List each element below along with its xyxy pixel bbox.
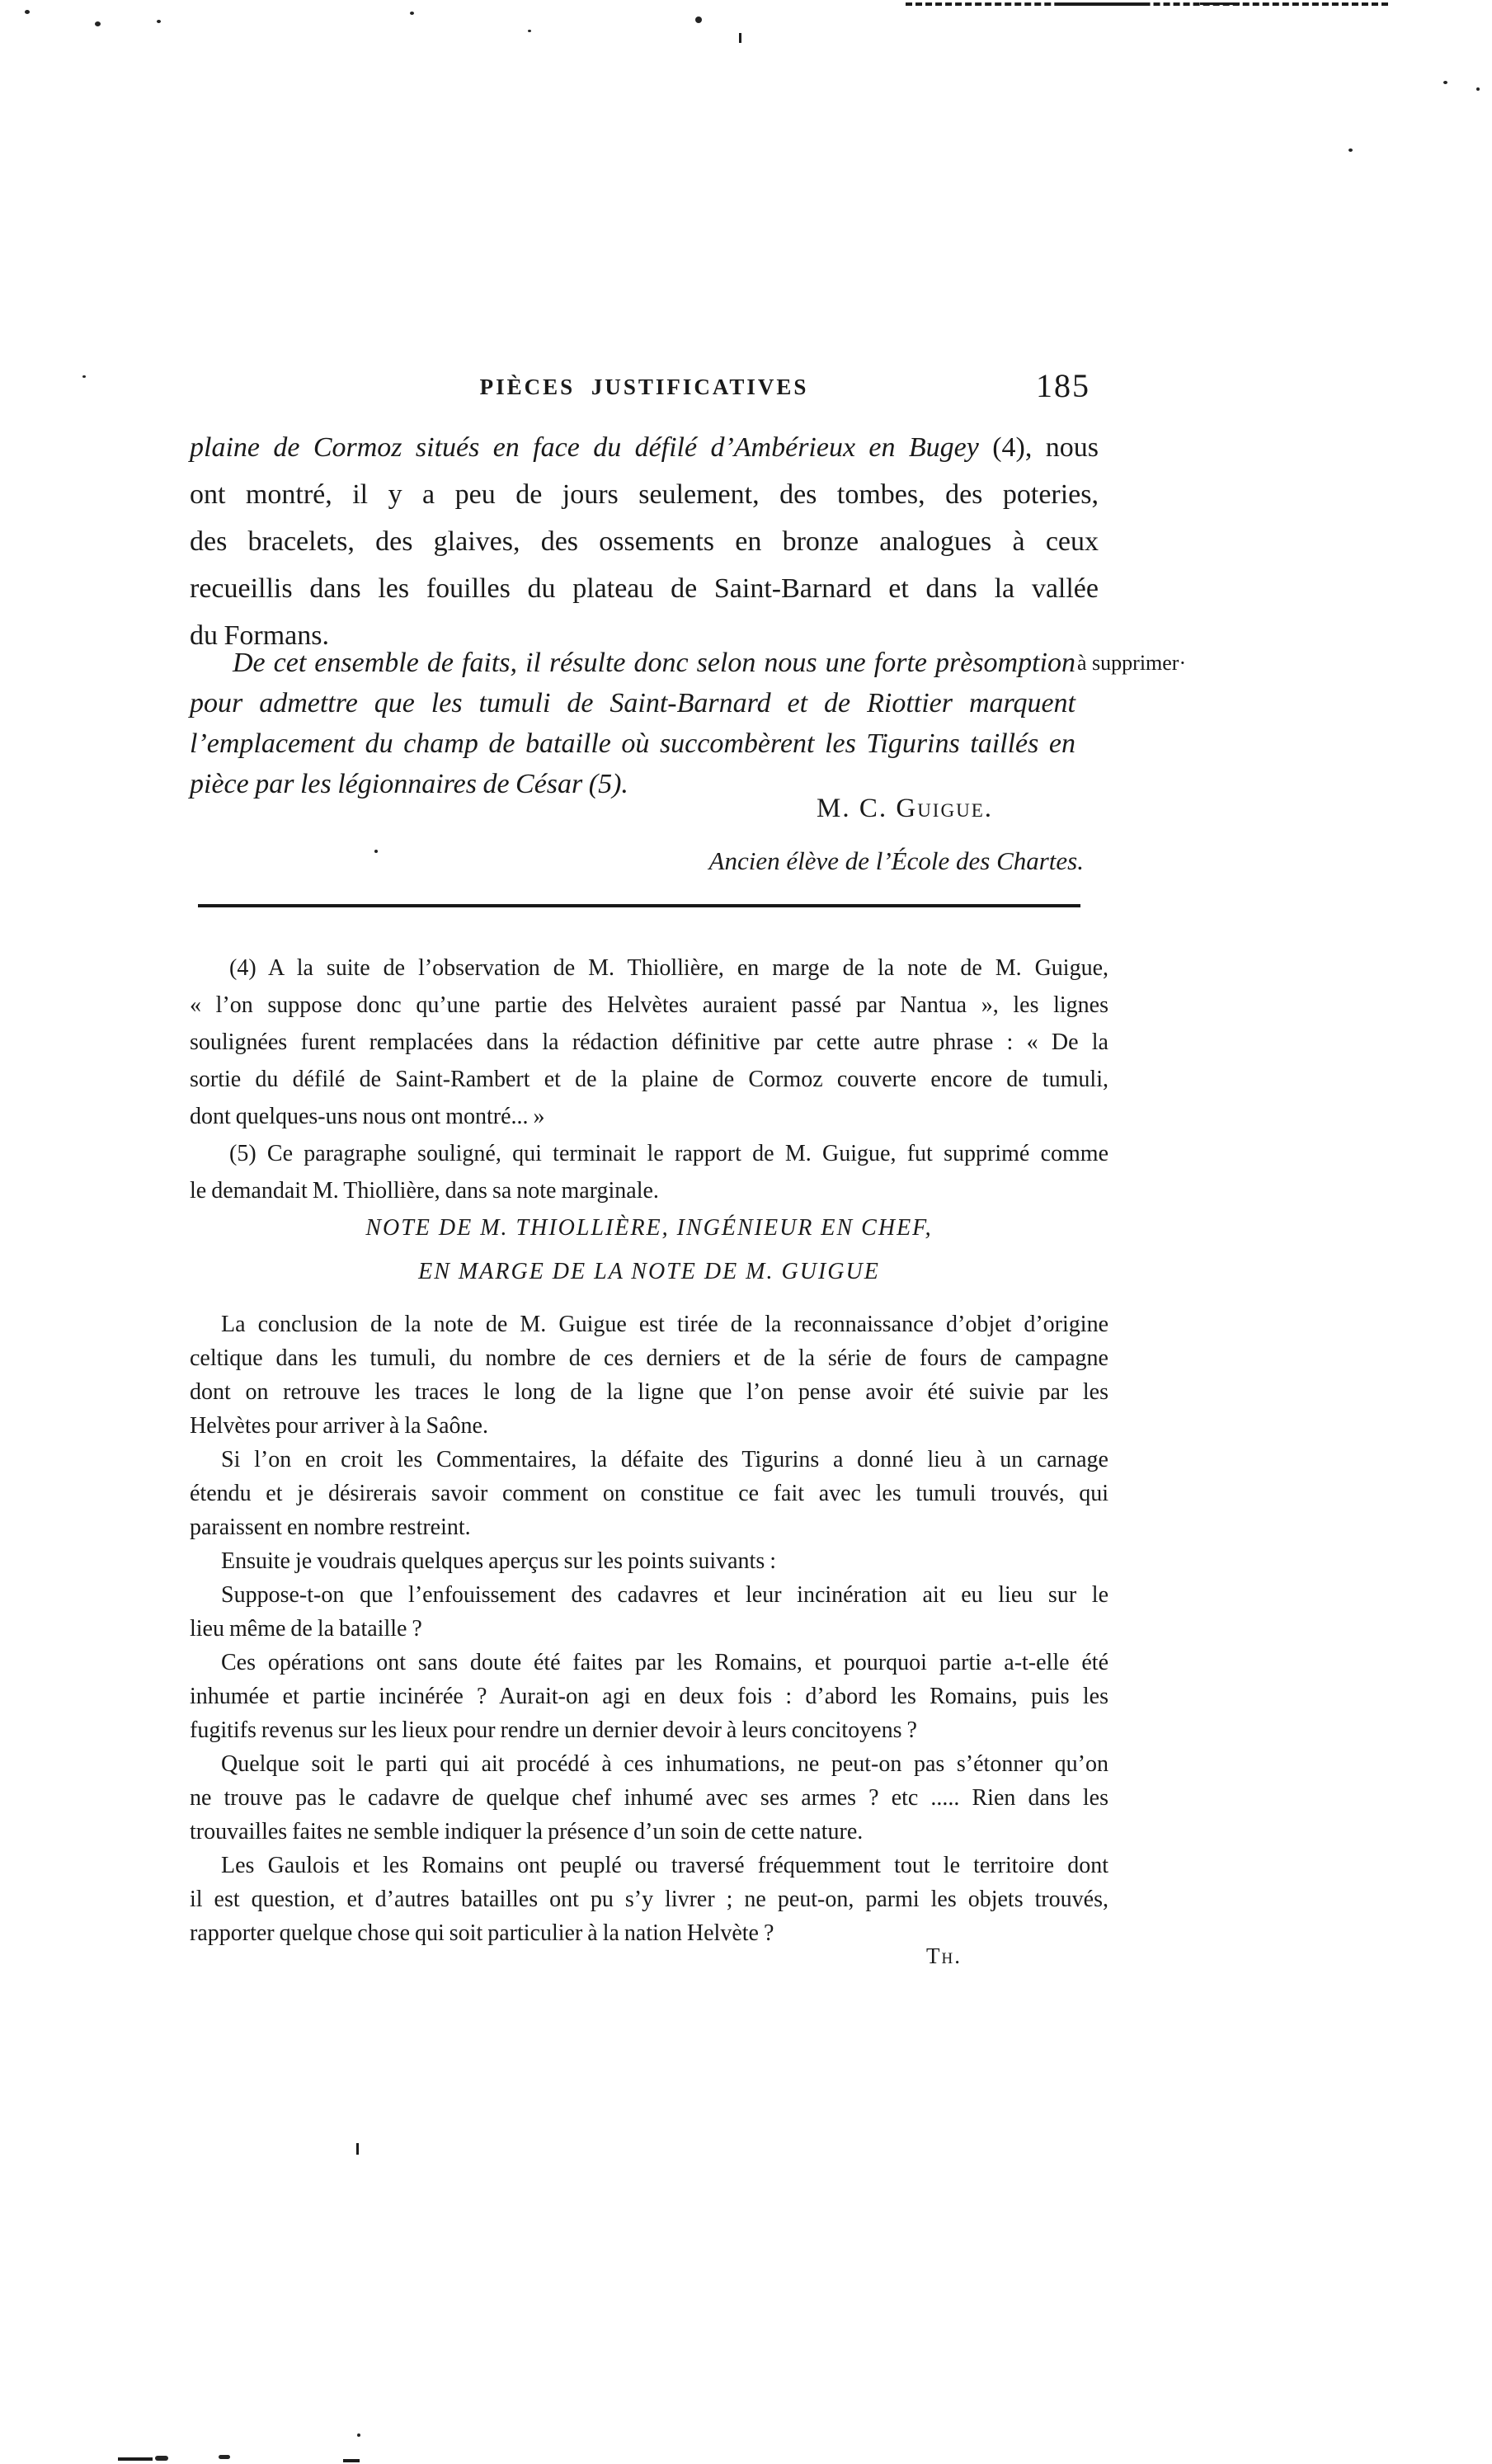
- text-line: (5) Ce paragraphe souligné, qui terminai…: [190, 1135, 1108, 1172]
- paragraph-1-rest: ont montré, il y a peu de jours seulemen…: [190, 471, 1099, 659]
- scan-speck: [25, 10, 30, 14]
- note-body: La conclusion de la note de M. Guigue es…: [190, 1307, 1108, 1950]
- paragraph: Suppose-t-on que l’enfouissement des cad…: [190, 1578, 1108, 1646]
- scan-speck: [1476, 87, 1480, 91]
- text-line: il est question, et d’autres batailles o…: [190, 1882, 1108, 1916]
- text-line: (4) A la suite de l’observation de M. Th…: [190, 949, 1108, 987]
- text-line: Les Gaulois et les Romains ont peuplé ou…: [190, 1849, 1108, 1882]
- text-line: sortie du défilé de Saint-Rambert et de …: [190, 1061, 1108, 1098]
- note-signature: Th.: [190, 1943, 1108, 1969]
- text-line: inhumée et partie incinérée ? Aurait-on …: [190, 1680, 1108, 1713]
- paragraph: Ensuite je voudrais quelques aperçus sur…: [190, 1544, 1108, 1578]
- text-line: Helvètes pour arriver à la Saône.: [190, 1409, 1108, 1443]
- text-line: De cet ensemble de faits, il résulte don…: [190, 643, 1075, 683]
- text-line: celtique dans les tumuli, du nombre de c…: [190, 1341, 1108, 1375]
- scan-speck: [1348, 148, 1353, 152]
- note-heading-line-1: NOTE DE M. THIOLLIÈRE, INGÉNIEUR EN CHEF…: [190, 1206, 1108, 1250]
- scan-line-segment: [1060, 2, 1146, 6]
- paragraph: (4) A la suite de l’observation de M. Th…: [190, 949, 1108, 1135]
- scan-speck: [739, 33, 741, 43]
- text-line: fugitifs revenus sur les lieux pour rend…: [190, 1713, 1108, 1747]
- paragraph: (5) Ce paragraphe souligné, qui terminai…: [190, 1135, 1108, 1209]
- note-heading-line-2: EN MARGE DE LA NOTE DE M. GUIGUE: [190, 1250, 1108, 1293]
- scan-speck: [410, 12, 414, 15]
- text-line: dont quelques-uns nous ont montré... »: [190, 1098, 1108, 1135]
- paragraph: De cet ensemble de faits, il résulte don…: [190, 643, 1075, 804]
- text-line: trouvailles faites ne semble indiquer la…: [190, 1815, 1108, 1849]
- main-paragraph-2: De cet ensemble de faits, il résulte don…: [190, 643, 1075, 804]
- text-line: ont montré, il y a peu de jours seulemen…: [190, 471, 1099, 518]
- footnote-separator-rule: [198, 904, 1080, 907]
- scan-speck: [528, 30, 531, 32]
- text-line: le demandait M. Thiollière, dans sa note…: [190, 1172, 1108, 1209]
- text-line: pour admettre que les tumuli de Saint-Ba…: [190, 683, 1075, 723]
- scan-speck: [357, 2433, 360, 2437]
- text-line: soulignées furent remplacées dans la réd…: [190, 1024, 1108, 1061]
- scan-speck: [95, 21, 101, 26]
- page-header: PIÈCES JUSTIFICATIVES 185: [190, 368, 1099, 421]
- text-line: plaine de Cormoz situés en face du défil…: [190, 424, 1099, 471]
- text-line: recueillis dans les fouilles du plateau …: [190, 565, 1099, 612]
- paragraph: ont montré, il y a peu de jours seulemen…: [190, 471, 1099, 659]
- scan-line-segment: [1200, 2, 1240, 5]
- text-line: « l’on suppose donc qu’une partie des He…: [190, 987, 1108, 1024]
- text-line: Ces opérations ont sans doute été faites…: [190, 1646, 1108, 1680]
- paragraph: Quelque soit le parti qui ait procédé à …: [190, 1747, 1108, 1849]
- author-title: Ancien élève de l’École des Chartes.: [190, 846, 1099, 876]
- text-line: dont on retrouve les traces le long de l…: [190, 1375, 1108, 1409]
- scan-speck: [155, 2456, 168, 2461]
- author-signature: M. C. Guigue.: [190, 794, 1099, 824]
- note-heading: NOTE DE M. THIOLLIÈRE, INGÉNIEUR EN CHEF…: [190, 1206, 1108, 1293]
- page-number: 185: [1036, 366, 1090, 405]
- scan-speck: [374, 850, 378, 853]
- page-title: PIÈCES JUSTIFICATIVES: [480, 375, 809, 400]
- scan-speck: [695, 16, 702, 23]
- scan-line-segment: [118, 2457, 153, 2461]
- scan-speck: [356, 2143, 359, 2155]
- paragraph: La conclusion de la note de M. Guigue es…: [190, 1307, 1108, 1443]
- scan-speck: [157, 20, 161, 23]
- scan-speck: [219, 2455, 230, 2459]
- text-line: Quelque soit le parti qui ait procédé à …: [190, 1747, 1108, 1781]
- main-paragraph-1: plaine de Cormoz situés en face du défil…: [190, 424, 1099, 659]
- paragraph: Les Gaulois et les Romains ont peuplé ou…: [190, 1849, 1108, 1950]
- paragraph: Ces opérations ont sans doute été faites…: [190, 1646, 1108, 1747]
- paragraph: Si l’on en croit les Commentaires, la dé…: [190, 1443, 1108, 1544]
- text-line: lieu même de la bataille ?: [190, 1612, 1108, 1646]
- margin-annotation: à supprimer·: [1077, 651, 1221, 676]
- paragraph-1-roman-text: (4), nous: [992, 432, 1099, 463]
- text-line: l’emplacement du champ de bataille où su…: [190, 723, 1075, 764]
- text-line: ne trouve pas le cadavre de quelque chef…: [190, 1781, 1108, 1815]
- text-line: Ensuite je voudrais quelques aperçus sur…: [190, 1544, 1108, 1578]
- text-line: La conclusion de la note de M. Guigue es…: [190, 1307, 1108, 1341]
- text-line: des bracelets, des glaives, des ossement…: [190, 518, 1099, 565]
- scan-speck: [82, 375, 86, 378]
- scan-dashed-line: [906, 2, 1388, 6]
- paragraph-1-italic-text: plaine de Cormoz situés en face du défil…: [190, 432, 992, 463]
- text-line: étendu et je désirerais savoir comment o…: [190, 1477, 1108, 1510]
- text-line: paraissent en nombre restreint.: [190, 1510, 1108, 1544]
- text-line: Si l’on en croit les Commentaires, la dé…: [190, 1443, 1108, 1477]
- text-line: Suppose-t-on que l’enfouissement des cad…: [190, 1578, 1108, 1612]
- scan-speck: [1443, 81, 1447, 84]
- footnotes: (4) A la suite de l’observation de M. Th…: [190, 949, 1108, 1209]
- scan-line-segment: [343, 2459, 360, 2462]
